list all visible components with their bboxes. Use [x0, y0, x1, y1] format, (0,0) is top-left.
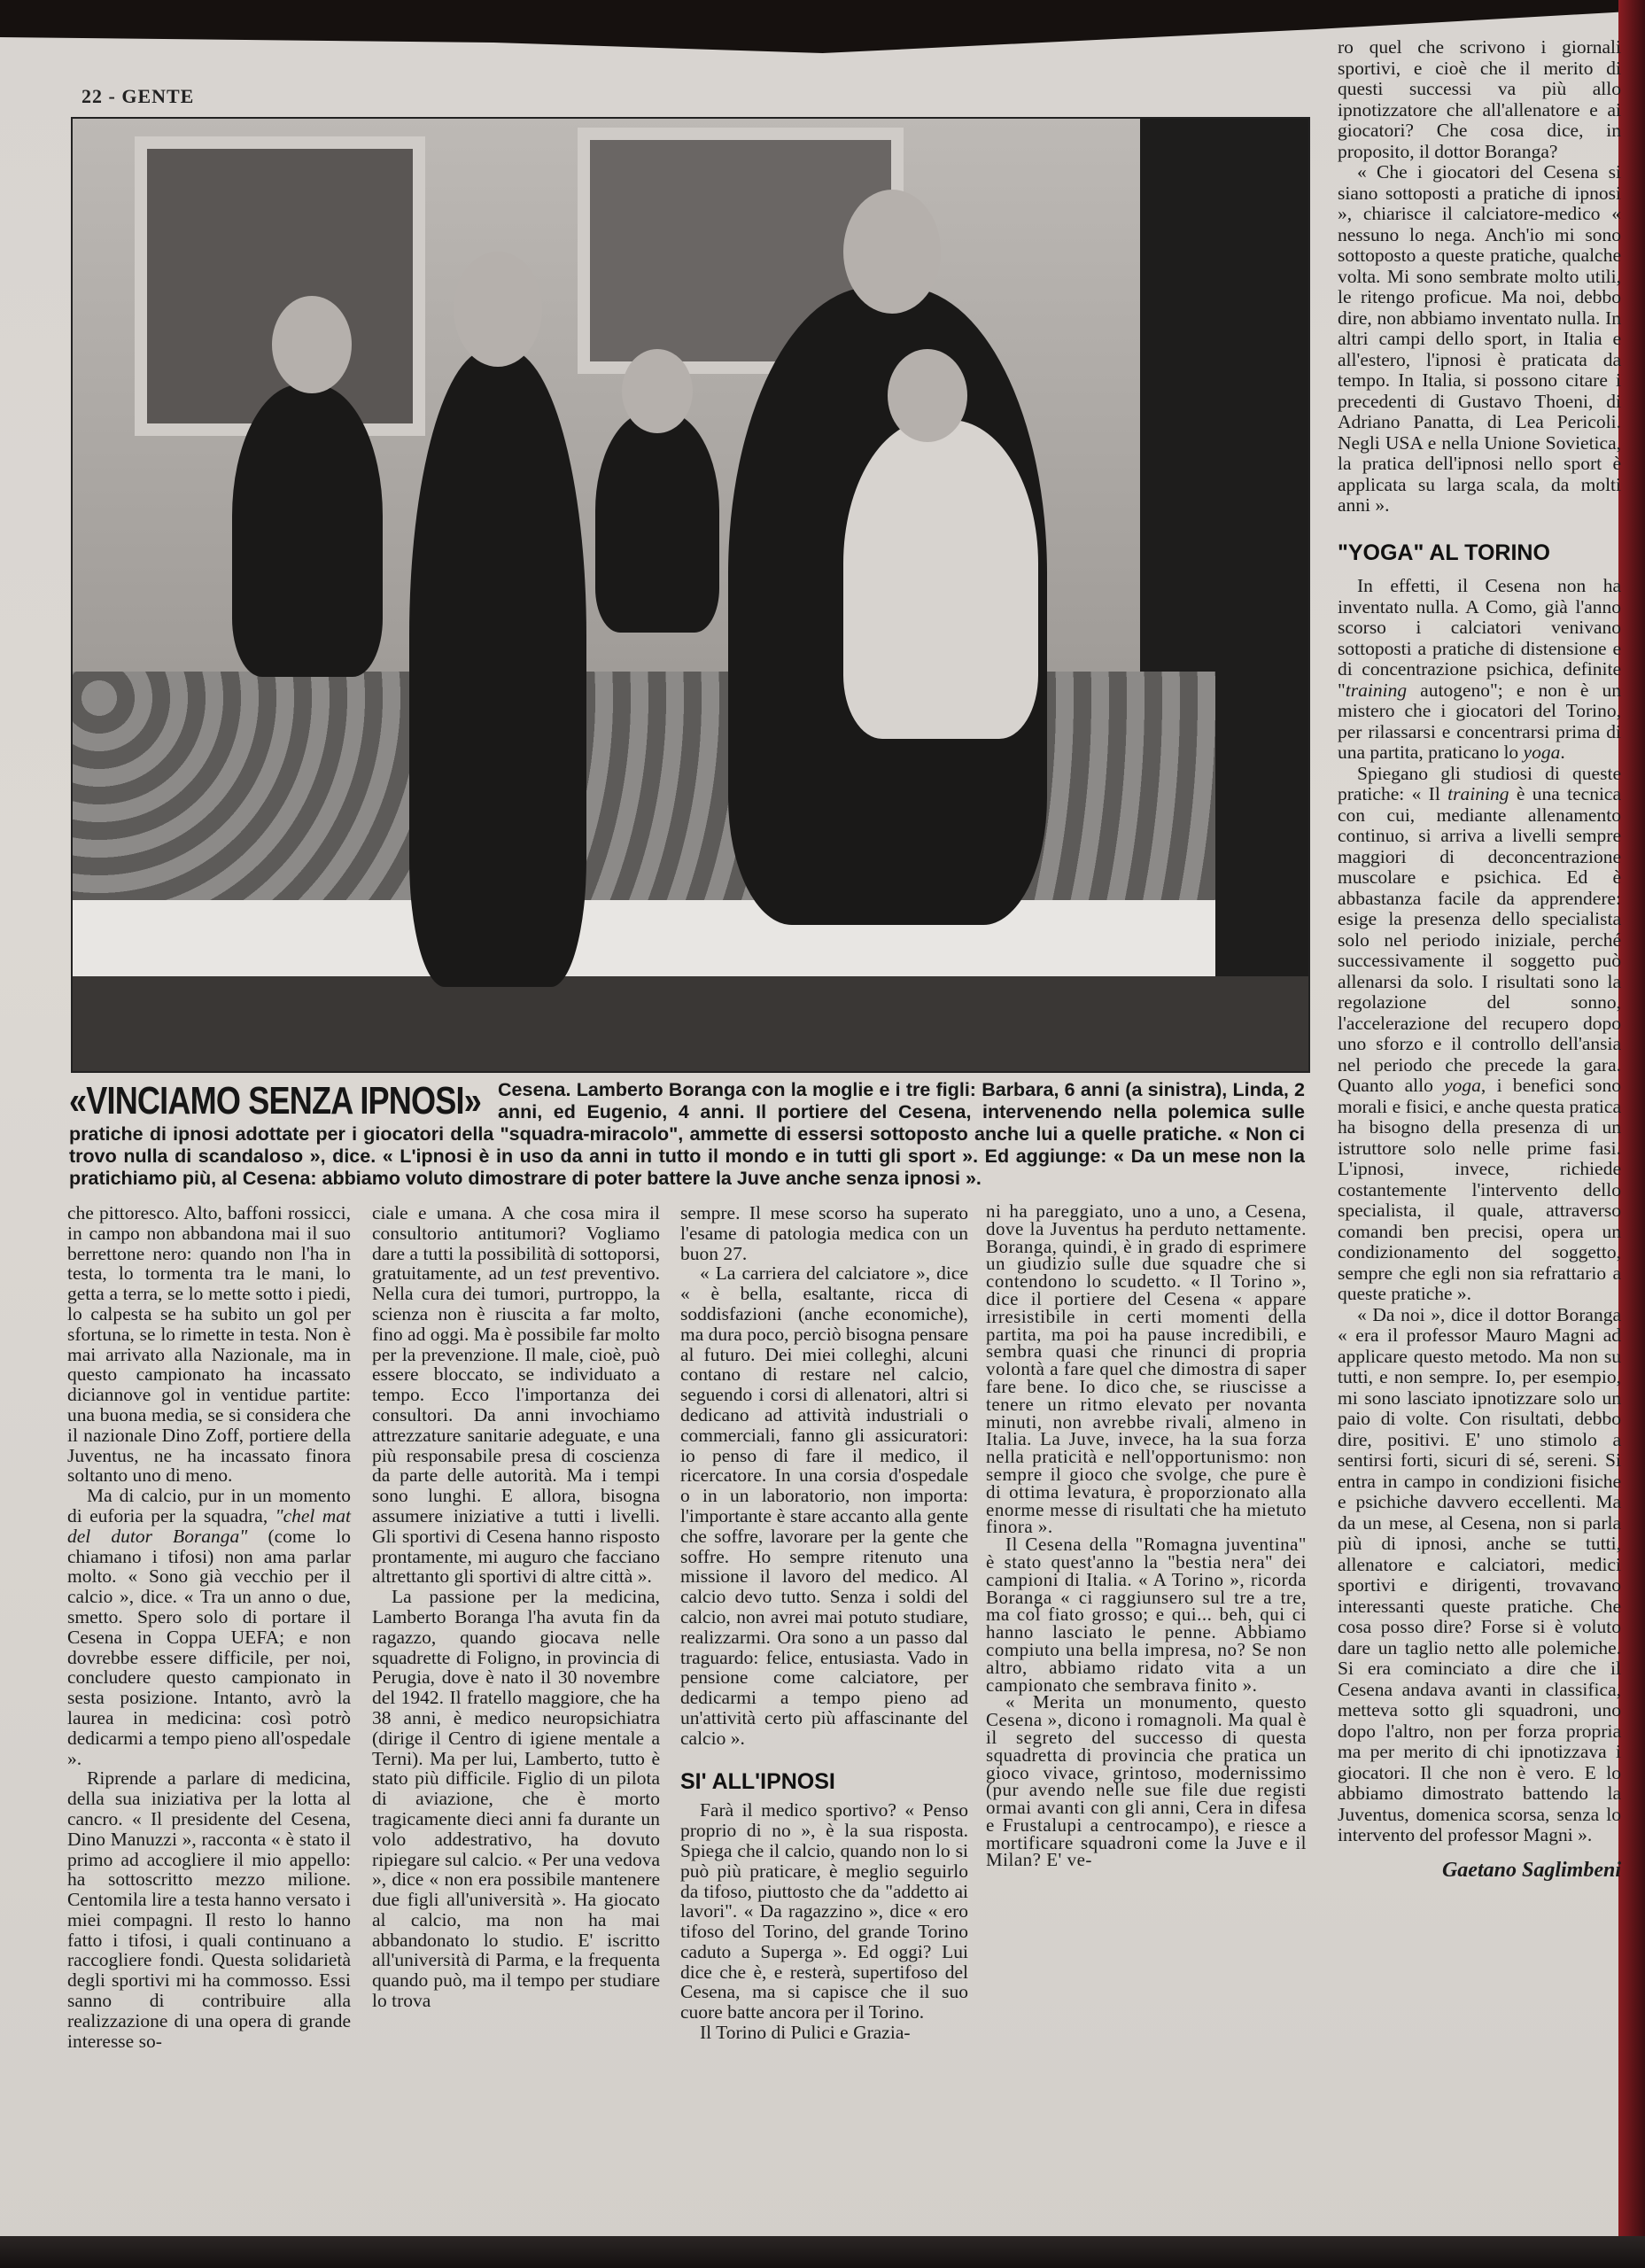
paragraph: che pittoresco. Alto, baffoni rossicci, …	[67, 1203, 351, 1486]
paragraph: « Da noi », dice il dottor Boranga « era…	[1338, 1305, 1621, 1846]
paragraph: Il Cesena della "Romagna juventina" è st…	[986, 1536, 1307, 1694]
paragraph: Farà il medico sportivo? « Penso proprio…	[680, 1800, 968, 2023]
photo-sofa-base	[73, 900, 1215, 986]
photo-mother	[409, 349, 586, 987]
photo-face	[888, 349, 967, 442]
article-column-3: sempre. Il mese scorso ha superato l'esa…	[680, 1203, 968, 2043]
paragraph: Il Torino di Pulici e Grazia-	[680, 2023, 968, 2043]
paragraph: Riprende a parlare di medicina, della su…	[67, 1768, 351, 2051]
author-signature: Gaetano Saglimbeni	[1338, 1860, 1621, 1882]
photo-face	[622, 349, 693, 433]
photo-child-linda	[843, 420, 1038, 739]
page-folio: 22 - GENTE	[81, 85, 194, 108]
paragraph: « Che i giocatori del Cesena si siano so…	[1338, 162, 1621, 517]
paragraph: « La carriera del calciatore », dice « è…	[680, 1263, 968, 1748]
article-column-1: che pittoresco. Alto, baffoni rossicci, …	[67, 1203, 351, 2051]
family-photo	[71, 117, 1310, 1073]
paragraph: Ma di calcio, pur in un momento di eufor…	[67, 1486, 351, 1768]
paragraph: La passione per la medicina, Lamberto Bo…	[372, 1587, 660, 2011]
article-column-2: ciale e umana. A che cosa mira il consul…	[372, 1203, 660, 2011]
photo-face	[454, 252, 542, 367]
paragraph: In effetti, il Cesena non ha inventato n…	[1338, 576, 1621, 764]
paragraph: ni ha pareggiato, uno a uno, a Cesena, d…	[986, 1203, 1307, 1536]
section-heading: "YOGA" AL TORINO	[1338, 543, 1621, 564]
adjacent-page-edge	[1618, 0, 1645, 2268]
article-column-4: ni ha pareggiato, uno a uno, a Cesena, d…	[986, 1203, 1307, 1869]
background-shadow-bottom	[0, 2236, 1645, 2268]
paragraph: ro quel che scrivono i giornali sportivi…	[1338, 37, 1621, 162]
paragraph: ciale e umana. A che cosa mira il consul…	[372, 1203, 660, 1587]
paragraph: Spiegano gli studiosi di queste pratiche…	[1338, 764, 1621, 1305]
section-heading: SI' ALL'IPNOSI	[680, 1772, 968, 1792]
paragraph: sempre. Il mese scorso ha superato l'esa…	[680, 1203, 968, 1263]
photo-floor	[73, 976, 1308, 1072]
caption-headline: «VINCIAMO SENZA IPNOSI»	[69, 1079, 410, 1123]
photo-caption: «VINCIAMO SENZA IPNOSI» Cesena. Lamberto…	[69, 1079, 1305, 1190]
photo-face	[272, 296, 352, 393]
photo-face	[843, 190, 941, 314]
paragraph: « Merita un monumento, questo Cesena », …	[986, 1694, 1307, 1869]
photo-child-barbara	[232, 384, 383, 677]
magazine-page: 22 - GENTE «VINCIAMO SENZA IPNOSI» Cesen…	[0, 0, 1645, 2268]
photo-child-eugenio	[595, 411, 719, 633]
article-column-right: ro quel che scrivono i giornali sportivi…	[1338, 37, 1621, 1881]
